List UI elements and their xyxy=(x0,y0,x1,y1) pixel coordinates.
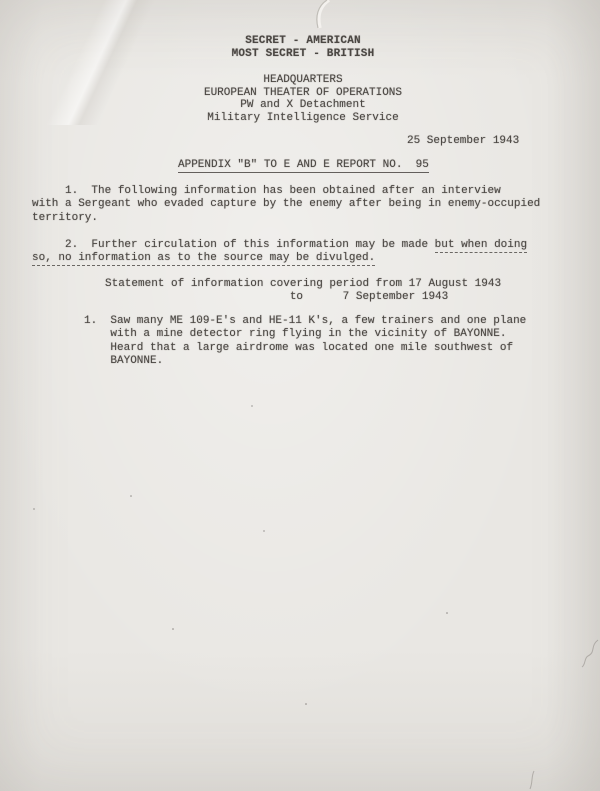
letterhead: HEADQUARTERS EUROPEAN THEATER OF OPERATI… xyxy=(6,74,600,124)
pencil-mark xyxy=(576,638,600,668)
classification-stamp: SECRET - AMERICAN MOST SECRET - BRITISH xyxy=(6,35,600,62)
letterhead-line: EUROPEAN THEATER OF OPERATIONS xyxy=(6,87,600,100)
text-line: so, no information as to the source may … xyxy=(32,252,527,265)
text-line: 2. Further circulation of this informati… xyxy=(32,239,527,252)
text-line: Statement of information covering period… xyxy=(105,278,501,291)
paper-speck xyxy=(172,628,174,630)
document-date: 25 September 1943 xyxy=(407,135,519,148)
text-line: BAYONNE. xyxy=(84,355,526,368)
letterhead-line: PW and X Detachment xyxy=(6,99,600,112)
document-page: SECRET - AMERICAN MOST SECRET - BRITISH … xyxy=(0,0,600,791)
para2-normal-text: 2. Further circulation of this informati… xyxy=(32,239,435,251)
paper-speck xyxy=(263,530,265,532)
text-line: with a Sergeant who evaded capture by th… xyxy=(32,198,540,211)
paper-speck xyxy=(33,508,35,510)
text-line: to 7 September 1943 xyxy=(105,291,501,304)
appendix-title-text: APPENDIX "B" TO E AND E REPORT NO. 95 xyxy=(178,159,429,173)
paper-speck xyxy=(130,495,132,497)
paper-fold-mark xyxy=(304,0,342,30)
letterhead-line: HEADQUARTERS xyxy=(6,74,600,87)
text-line: territory. xyxy=(32,212,540,225)
paper-speck xyxy=(446,612,448,614)
letterhead-line: Military Intelligence Service xyxy=(6,112,600,125)
paper-speck xyxy=(251,405,253,407)
para2-underlined-text: but when doing xyxy=(435,239,527,253)
text-line: 1. The following information has been ob… xyxy=(32,185,540,198)
appendix-title: APPENDIX "B" TO E AND E REPORT NO. 95 xyxy=(178,159,429,172)
classification-line: SECRET - AMERICAN xyxy=(6,35,600,48)
para2-underlined-text: so, no information as to the source may … xyxy=(32,252,375,266)
text-line: 1. Saw many ME 109-E's and HE-11 K's, a … xyxy=(84,315,526,328)
classification-line: MOST SECRET - BRITISH xyxy=(6,48,600,61)
text-line: Heard that a large airdrome was located … xyxy=(84,342,526,355)
list-item-1: 1. Saw many ME 109-E's and HE-11 K's, a … xyxy=(84,315,526,369)
paragraph-2: 2. Further circulation of this informati… xyxy=(32,239,527,266)
statement-period: Statement of information covering period… xyxy=(105,278,501,304)
paper-speck xyxy=(305,703,307,705)
pencil-mark xyxy=(524,770,540,790)
text-line: with a mine detector ring flying in the … xyxy=(84,328,526,341)
paragraph-1: 1. The following information has been ob… xyxy=(32,185,540,225)
